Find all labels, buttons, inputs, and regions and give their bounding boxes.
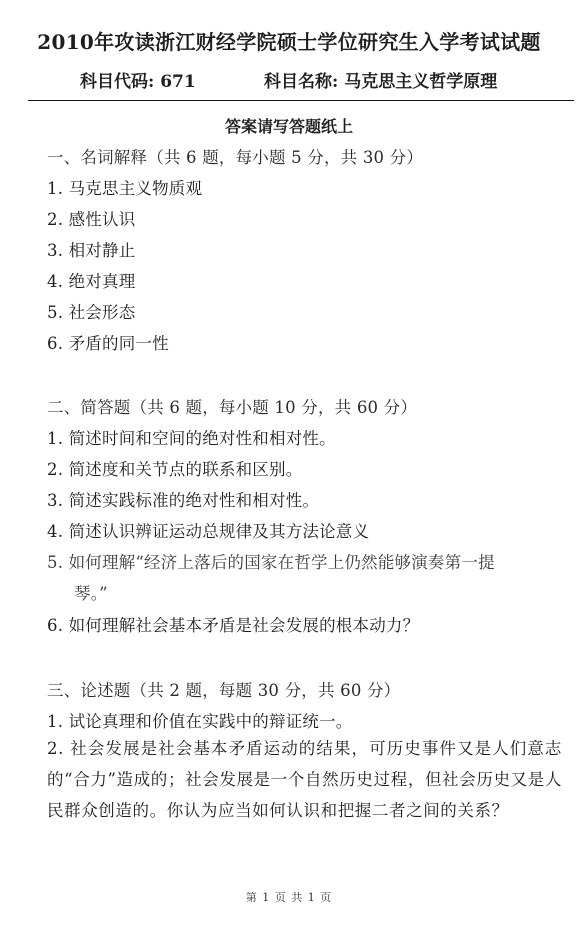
subject-code: 科目代码: 671 xyxy=(80,67,196,92)
section-1-item: 2. 感性认识 xyxy=(47,206,135,230)
section-1-item: 1. 马克思主义物质观 xyxy=(47,175,202,199)
section-1-item: 6. 矛盾的同一性 xyxy=(47,330,169,354)
section-2-item-continuation: 琴。” xyxy=(47,580,108,604)
subject-name: 科目名称: 马克思主义哲学原理 xyxy=(264,67,497,92)
section-3-item: 2. 社会发展是社会基本矛盾运动的结果，可历史事件又是人们意志的“合力”造成的；… xyxy=(47,733,562,826)
section-1-item: 3. 相对静止 xyxy=(47,237,135,261)
section-3-heading: 三、论述题（共 2 题，每题 30 分，共 60 分） xyxy=(47,677,400,701)
section-2-item: 5. 如何理解“经济上落后的国家在哲学上仍然能够演奏第一提 xyxy=(47,549,495,573)
section-3-item: 1. 试论真理和价值在实践中的辩证统一。 xyxy=(47,708,353,732)
section-2-item: 3. 简述实践标准的绝对性和相对性。 xyxy=(47,487,319,511)
section-2-heading: 二、简答题（共 6 题，每小题 10 分，共 60 分） xyxy=(47,394,417,418)
exam-title: 2010年攻读浙江财经学院硕士学位研究生入学考试试题 xyxy=(0,26,578,55)
section-1-item: 5. 社会形态 xyxy=(47,299,135,323)
answer-notice: 答案请写答题纸上 xyxy=(0,114,578,137)
page-footer: 第 1 页 共 1 页 xyxy=(0,889,578,905)
section-2-item: 6. 如何理解社会基本矛盾是社会发展的根本动力？ xyxy=(47,612,419,636)
section-2-item: 4. 简述认识辨证运动总规律及其方法论意义 xyxy=(47,518,369,542)
section-1-heading: 一、名词解释（共 6 题，每小题 5 分，共 30 分） xyxy=(47,144,423,168)
section-2-item: 2. 简述度和关节点的联系和区别。 xyxy=(47,456,302,480)
section-2-item: 1. 简述时间和空间的绝对性和相对性。 xyxy=(47,425,336,449)
header-divider xyxy=(28,100,574,101)
section-1-item: 4. 绝对真理 xyxy=(47,268,135,292)
